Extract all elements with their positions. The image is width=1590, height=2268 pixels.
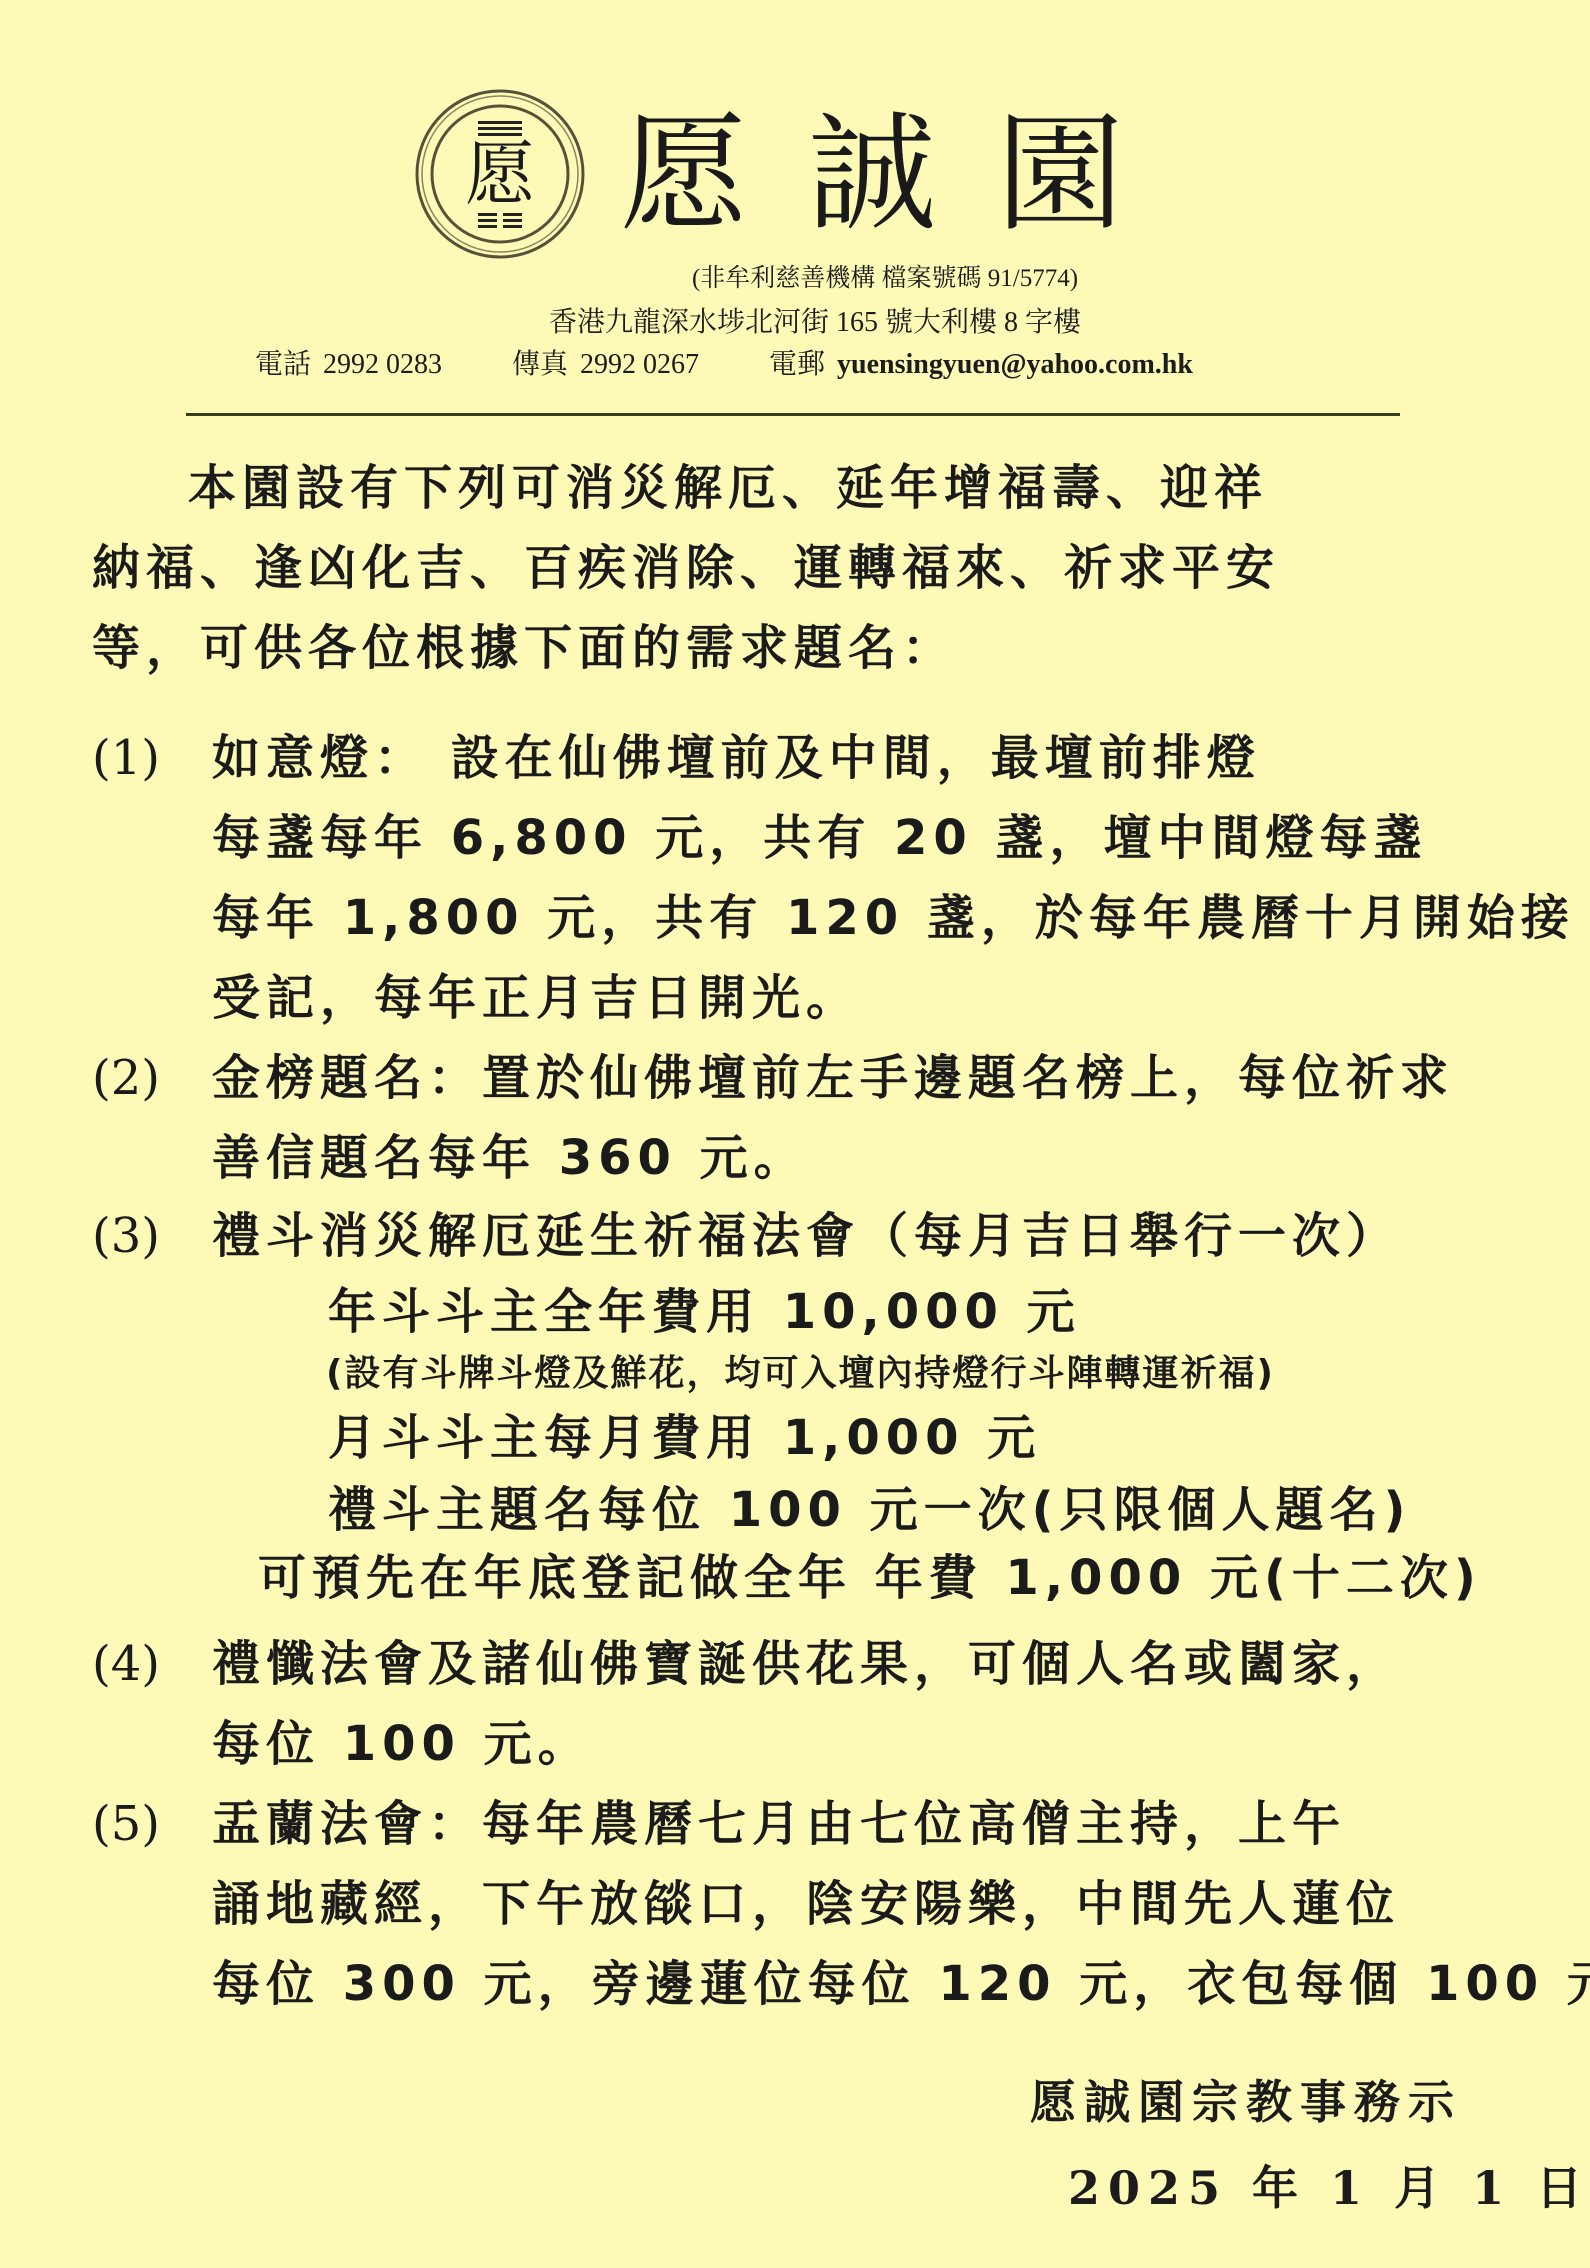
contact-info: 電話2992 0283 傳真2992 0267 電郵yuensingyuen@y… — [255, 342, 1193, 382]
phone-contact: 電話2992 0283 — [255, 342, 442, 382]
fax-number: 2992 0267 — [580, 349, 699, 380]
item-number: (5) — [92, 1784, 160, 1864]
phone-number: 2992 0283 — [323, 349, 442, 380]
intro-line: 本園設有下列可消災解厄、延年增福壽、迎祥 — [92, 448, 1280, 528]
email-contact: 電郵yuensingyuen@yahoo.com.hk — [769, 342, 1193, 382]
year-master-fee: 年斗斗主全年費用 10,000 元 — [328, 1272, 1081, 1352]
item-line: 善信題名每年 360 元。 — [212, 1118, 1454, 1198]
logo-character: 愿 — [458, 132, 542, 216]
email-address: yuensingyuen@yahoo.com.hk — [837, 349, 1193, 380]
item-line: 每位 300 元，旁邊蓮位每位 120 元，衣包每個 100 元。 — [212, 1944, 1590, 2024]
intro-paragraph: 本園設有下列可消災解厄、延年增福壽、迎祥 納福、逢凶化吉、百疾消除、運轉福來、祈… — [92, 448, 1280, 688]
ritual-note: (設有斗牌斗燈及鮮花，均可入壇內持燈行斗陣轉運祈福) — [326, 1344, 1275, 1404]
item-line: 禮懺法會及諸仙佛寶誕供花果，可個人名或闔家， — [212, 1624, 1400, 1704]
address: 香港九龍深水埗北河街 165 號大利樓 8 字樓 — [0, 300, 1590, 340]
header-divider — [186, 413, 1400, 416]
item-number: (3) — [92, 1196, 160, 1276]
item-number: (2) — [92, 1038, 160, 1118]
item-line: 每年 1,800 元，共有 120 盞，於每年農曆十月開始接 — [212, 878, 1575, 958]
item-number: (4) — [92, 1624, 160, 1704]
item-line: 金榜題名：置於仙佛壇前左手邊題名榜上，每位祈求 — [212, 1038, 1454, 1118]
item-line: 禮斗消災解厄延生祈福法會（每月吉日舉行一次） — [212, 1196, 1400, 1276]
item-line: 每盞每年 6,800 元，共有 20 盞，壇中間燈每盞 — [212, 798, 1575, 878]
item-line: 盂蘭法會：每年農曆七月由七位高僧主持，上午 — [212, 1784, 1590, 1864]
annual-registration: 可預先在年底登記做全年 年費 1,000 元(十二次) — [258, 1538, 1482, 1618]
fax-contact: 傳真2992 0267 — [512, 342, 699, 382]
item-number: (1) — [92, 718, 160, 798]
email-label: 電郵 — [769, 349, 825, 380]
issue-date: 2025 年 1 月 1 日 — [1068, 2152, 1590, 2218]
registration-note: (非牟利慈善機構 檔案號碼 91/5774) — [0, 258, 1590, 294]
item-line: 誦地藏經，下午放燄口，陰安陽樂，中間先人蓮位 — [212, 1864, 1590, 1944]
fax-label: 傳真 — [512, 349, 568, 380]
item-line: 受記，每年正月吉日開光。 — [212, 958, 1575, 1038]
intro-line: 等，可供各位根據下面的需求題名： — [92, 608, 1280, 688]
item-line: 每位 100 元。 — [212, 1704, 1400, 1784]
phone-label: 電話 — [255, 349, 311, 380]
intro-line: 納福、逢凶化吉、百疾消除、運轉福來、祈求平安 — [92, 528, 1280, 608]
organization-logo: 愿 — [414, 88, 586, 260]
signature: 愿誠園宗教事務示 — [1030, 2066, 1462, 2132]
organization-name: 愿誠園 — [620, 100, 1184, 250]
month-master-fee: 月斗斗主每月費用 1,000 元 — [328, 1398, 1041, 1478]
item-line: 如意燈： 設在仙佛壇前及中間，最壇前排燈 — [212, 718, 1575, 798]
